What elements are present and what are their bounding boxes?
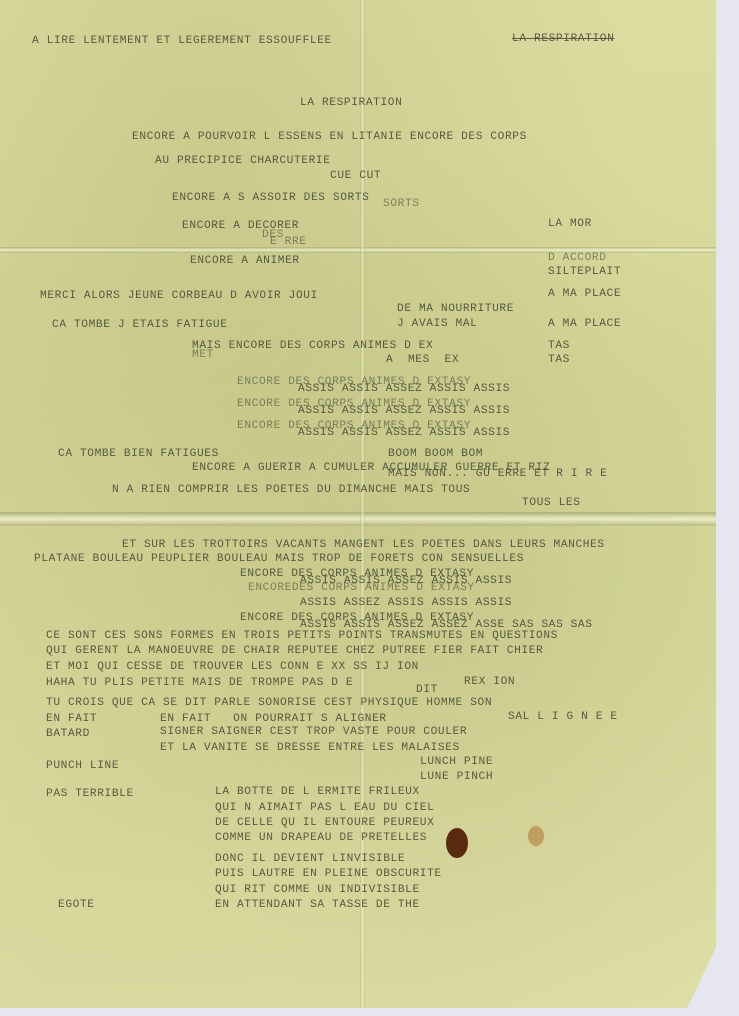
poem-line: BATARD [46,728,90,740]
tea-stain [528,826,544,846]
poem-line: PLATANE BOULEAU PEUPLIER BOULEAU MAIS TR… [34,553,524,565]
poem-line: QUI N AIMAIT PAS L EAU DU CIEL [215,802,434,814]
poem-line: ASSIS ASSIS ASSEZ ASSIS ASSIS [298,383,510,395]
poem-line: MAIS NON... GU ERRE ET R I R E [388,468,607,480]
instruction-line: A LIRE LENTEMENT ET LEGEREMENT ESSOUFFLE… [32,35,332,47]
ink-stain [446,828,468,858]
poem-line: EN ATTENDANT SA TASSE DE THE [215,899,420,911]
poem-line: TAS [548,340,570,352]
poem-line: A MES EX [386,354,459,366]
poem-line: MAIS ENCORE DES CORPS ANIMES D EX [192,340,433,352]
poem-line: CA TOMBE BIEN FATIGUES [58,448,219,460]
poem-line: ENCORE A S ASSOIR DES SORTS [172,192,369,204]
poem-line: ENCOREDES CORPS ANIMES D EXTASY [248,582,475,594]
poem-line: LUNE PINCH [420,771,493,783]
poem-line: SORTS [383,198,420,210]
poem-line: A MA PLACE [548,288,621,300]
poem-line: E RRE [270,236,307,248]
poem-line: SAL L I G N E E [508,711,618,723]
poem-line: N A RIEN COMPRIR LES POETES DU DIMANCHE … [112,484,470,496]
poem-line: PUIS LAUTRE EN PLEINE OBSCURITE [215,868,442,880]
poem-line: COMME UN DRAPEAU DE PRETELLES [215,832,427,844]
poem-line: DIT [416,684,438,696]
poem-line: ENCORE A POURVOIR L ESSENS EN LITANIE EN… [132,131,527,143]
poem-line: MET [192,349,214,361]
poem-line: QUI RIT COMME UN INDIVISIBLE [215,884,420,896]
poem-line: D ACCORD [548,252,607,264]
poem-line: PUNCH LINE [46,760,119,772]
poem-line: LUNCH PINE [420,756,493,768]
struck-title: LA RESPIRATION [512,33,614,45]
poem-line: DE MA NOURRITURE [397,303,514,315]
poem-line: CE SONT CES SONS FORMES EN TROIS PETITS … [46,630,558,642]
poem-line: BOOM BOOM BOM [388,448,483,460]
poem-title: LA RESPIRATION [300,97,402,109]
poem-line: TU CROIS QUE CA SE DIT PARLE SONORISE CE… [46,697,492,709]
poem-line: TAS [548,354,570,366]
poem-line: MERCI ALORS JEUNE CORBEAU D AVOIR JOUI [40,290,318,302]
typewritten-page: A LIRE LENTEMENT ET LEGEREMENT ESSOUFFLE… [0,0,716,1008]
poem-line: DE CELLE QU IL ENTOURE PEUREUX [215,817,434,829]
poem-line: SIGNER SAIGNER CEST TROP VASTE POUR COUL… [160,726,467,738]
poem-line: SILTEPLAIT [548,266,621,278]
poem-line: PAS TERRIBLE [46,788,134,800]
poem-line: CA TOMBE J ETAIS FATIGUE [52,319,228,331]
poem-line: EGOTE [58,899,95,911]
fold-crease [0,512,716,526]
poem-line: ET MOI QUI CESSE DE TROUVER LES CONN E X… [46,661,419,673]
fold-crease [0,247,716,253]
poem-line: ET SUR LES TROTTOIRS VACANTS MANGENT LES… [122,539,605,551]
poem-line: ASSIS ASSEZ ASSIS ASSIS ASSIS [300,597,512,609]
poem-line: TOUS LES [522,497,581,509]
poem-line: ASSIS ASSIS ASSEZ ASSIS ASSIS [298,427,510,439]
poem-line: QUI GERENT LA MANOEUVRE DE CHAIR REPUTEE… [46,645,543,657]
poem-line: A MA PLACE [548,318,621,330]
poem-line: ASSIS ASSIS ASSEZ ASSIS ASSIS [298,405,510,417]
poem-line: LA MOR [548,218,592,230]
poem-line: EN FAIT [46,713,97,725]
poem-line: EN FAIT ON POURRAIT S ALIGNER [160,713,387,725]
poem-line: ET LA VANITE SE DRESSE ENTRE LES MALAISE… [160,742,460,754]
poem-line: CUE CUT [330,170,381,182]
poem-line: DONC IL DEVIENT LINVISIBLE [215,853,405,865]
poem-line: AU PRECIPICE CHARCUTERIE [155,155,331,167]
poem-line: ENCORE A ANIMER [190,255,300,267]
poem-line: REX ION [464,676,515,688]
poem-line: J AVAIS MAL [397,318,477,330]
poem-line: LA BOTTE DE L ERMITE FRILEUX [215,786,420,798]
poem-line: HAHA TU PLIS PETITE MAIS DE TROMPE PAS D… [46,677,353,689]
